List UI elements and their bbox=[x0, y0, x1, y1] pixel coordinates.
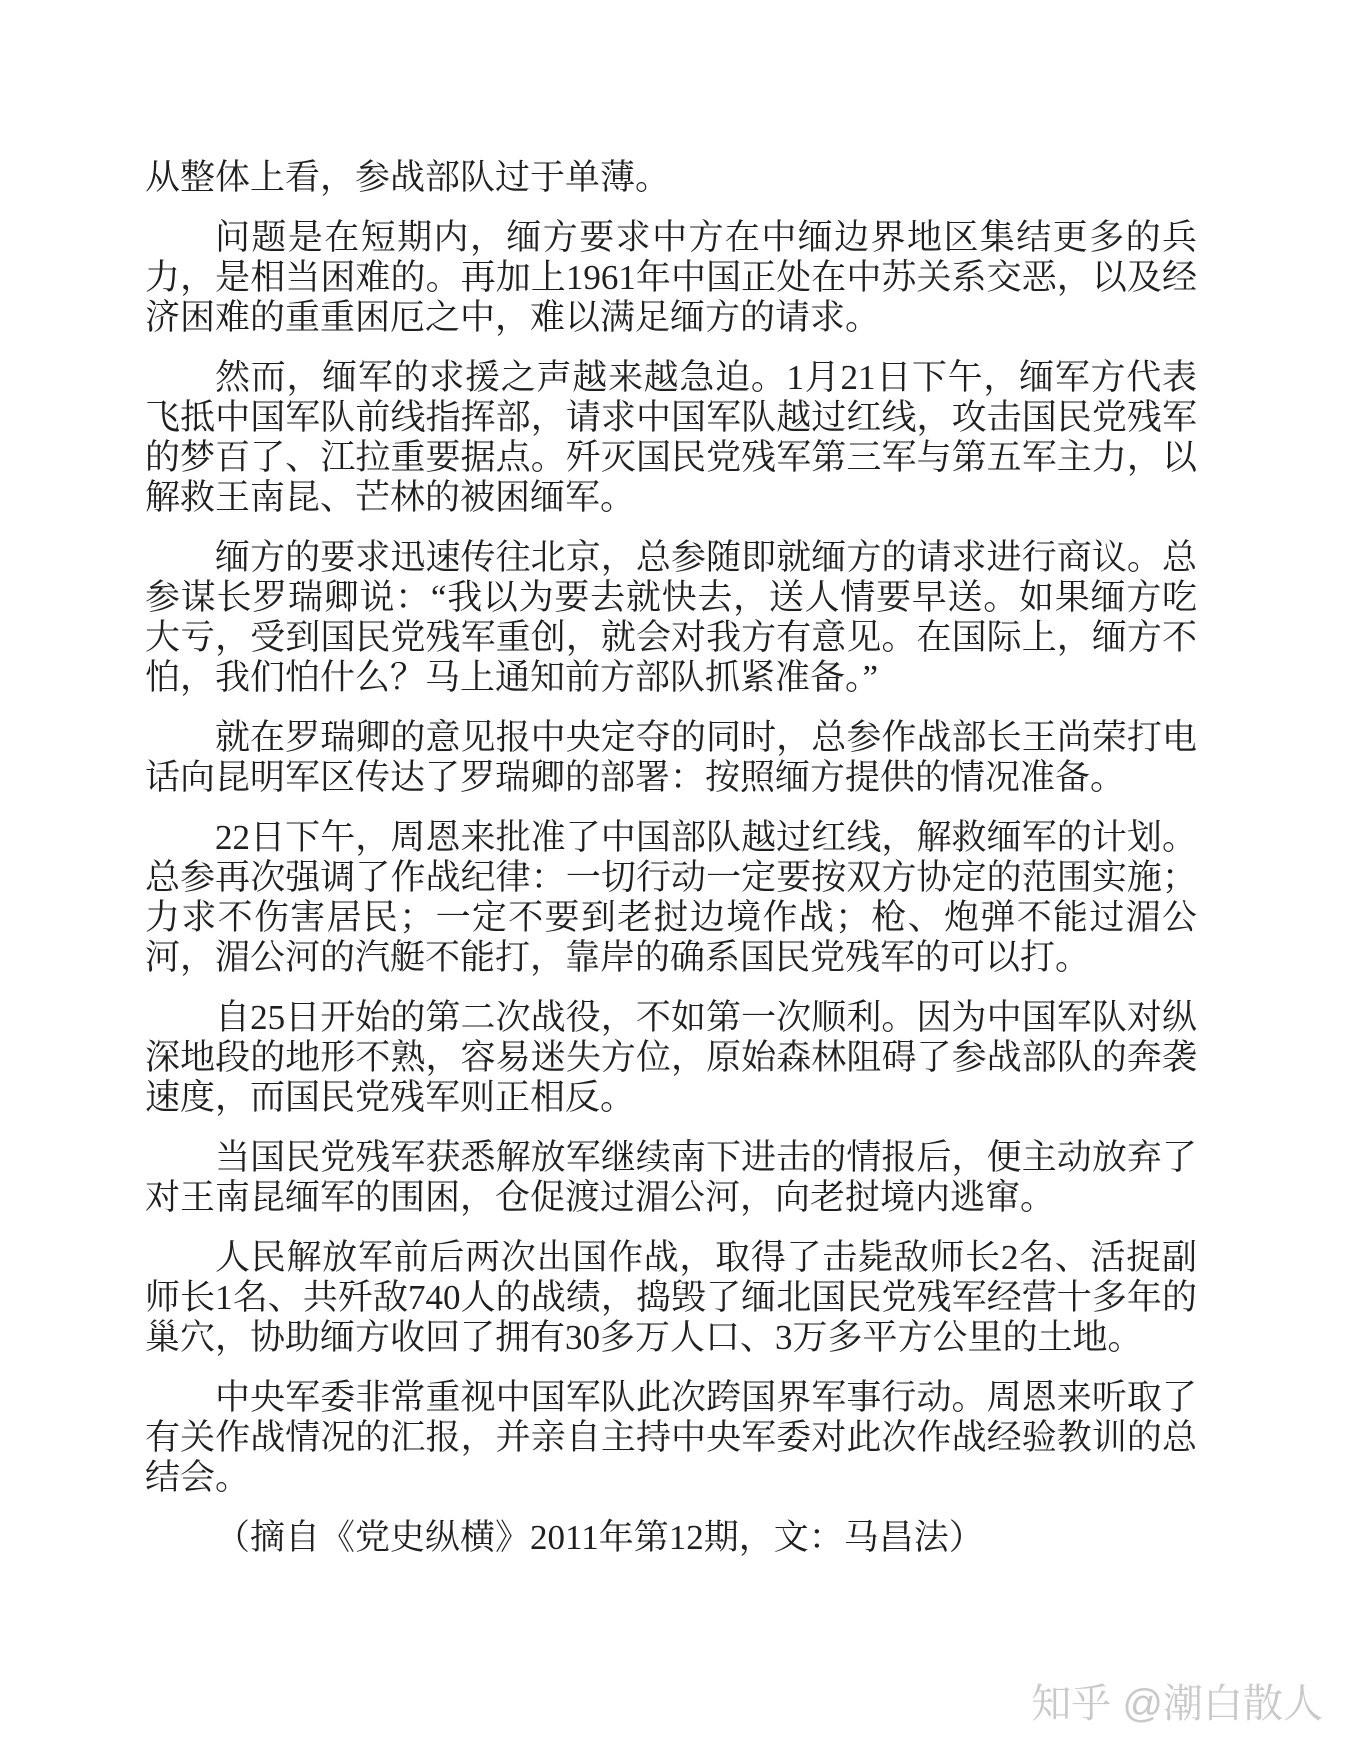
paragraph: 然而，缅军的求援之声越来越急迫。1月21日下午，缅军方代表飞抵中国军队前线指挥部… bbox=[145, 358, 1197, 518]
paragraph: 自25日开始的第二次战役，不如第一次顺利。因为中国军队对纵深地段的地形不熟，容易… bbox=[145, 998, 1197, 1118]
paragraph: 22日下午，周恩来批准了中国部队越过红线，解救缅军的计划。总参再次强调了作战纪律… bbox=[145, 818, 1197, 978]
paragraph: 缅方的要求迅速传往北京，总参随即就缅方的请求进行商议。总参谋长罗瑞卿说：“我以为… bbox=[145, 538, 1197, 698]
paragraph: 从整体上看，参战部队过于单薄。 bbox=[145, 158, 1197, 198]
document-page: 从整体上看，参战部队过于单薄。问题是在短期内，缅方要求中方在中缅边界地区集结更多… bbox=[0, 0, 1360, 1760]
paragraph: 当国民党残军获悉解放军继续南下进击的情报后，便主动放弃了对王南昆缅军的围困，仓促… bbox=[145, 1138, 1197, 1218]
paragraph: 人民解放军前后两次出国作战，取得了击毙敌师长2名、活捉副师长1名、共歼敌740人… bbox=[145, 1238, 1197, 1358]
article-body: 从整体上看，参战部队过于单薄。问题是在短期内，缅方要求中方在中缅边界地区集结更多… bbox=[145, 158, 1197, 1578]
watermark: 知乎 @潮白散人 bbox=[1031, 1680, 1323, 1728]
paragraph: 就在罗瑞卿的意见报中央定夺的同时，总参作战部长王尚荣打电话向昆明军区传达了罗瑞卿… bbox=[145, 718, 1197, 798]
paragraph: 中央军委非常重视中国军队此次跨国界军事行动。周恩来听取了有关作战情况的汇报，并亲… bbox=[145, 1378, 1197, 1498]
paragraph: 问题是在短期内，缅方要求中方在中缅边界地区集结更多的兵力，是相当困难的。再加上1… bbox=[145, 218, 1197, 338]
paragraph: （摘自《党史纵横》2011年第12期，文：马昌法） bbox=[145, 1518, 1197, 1558]
